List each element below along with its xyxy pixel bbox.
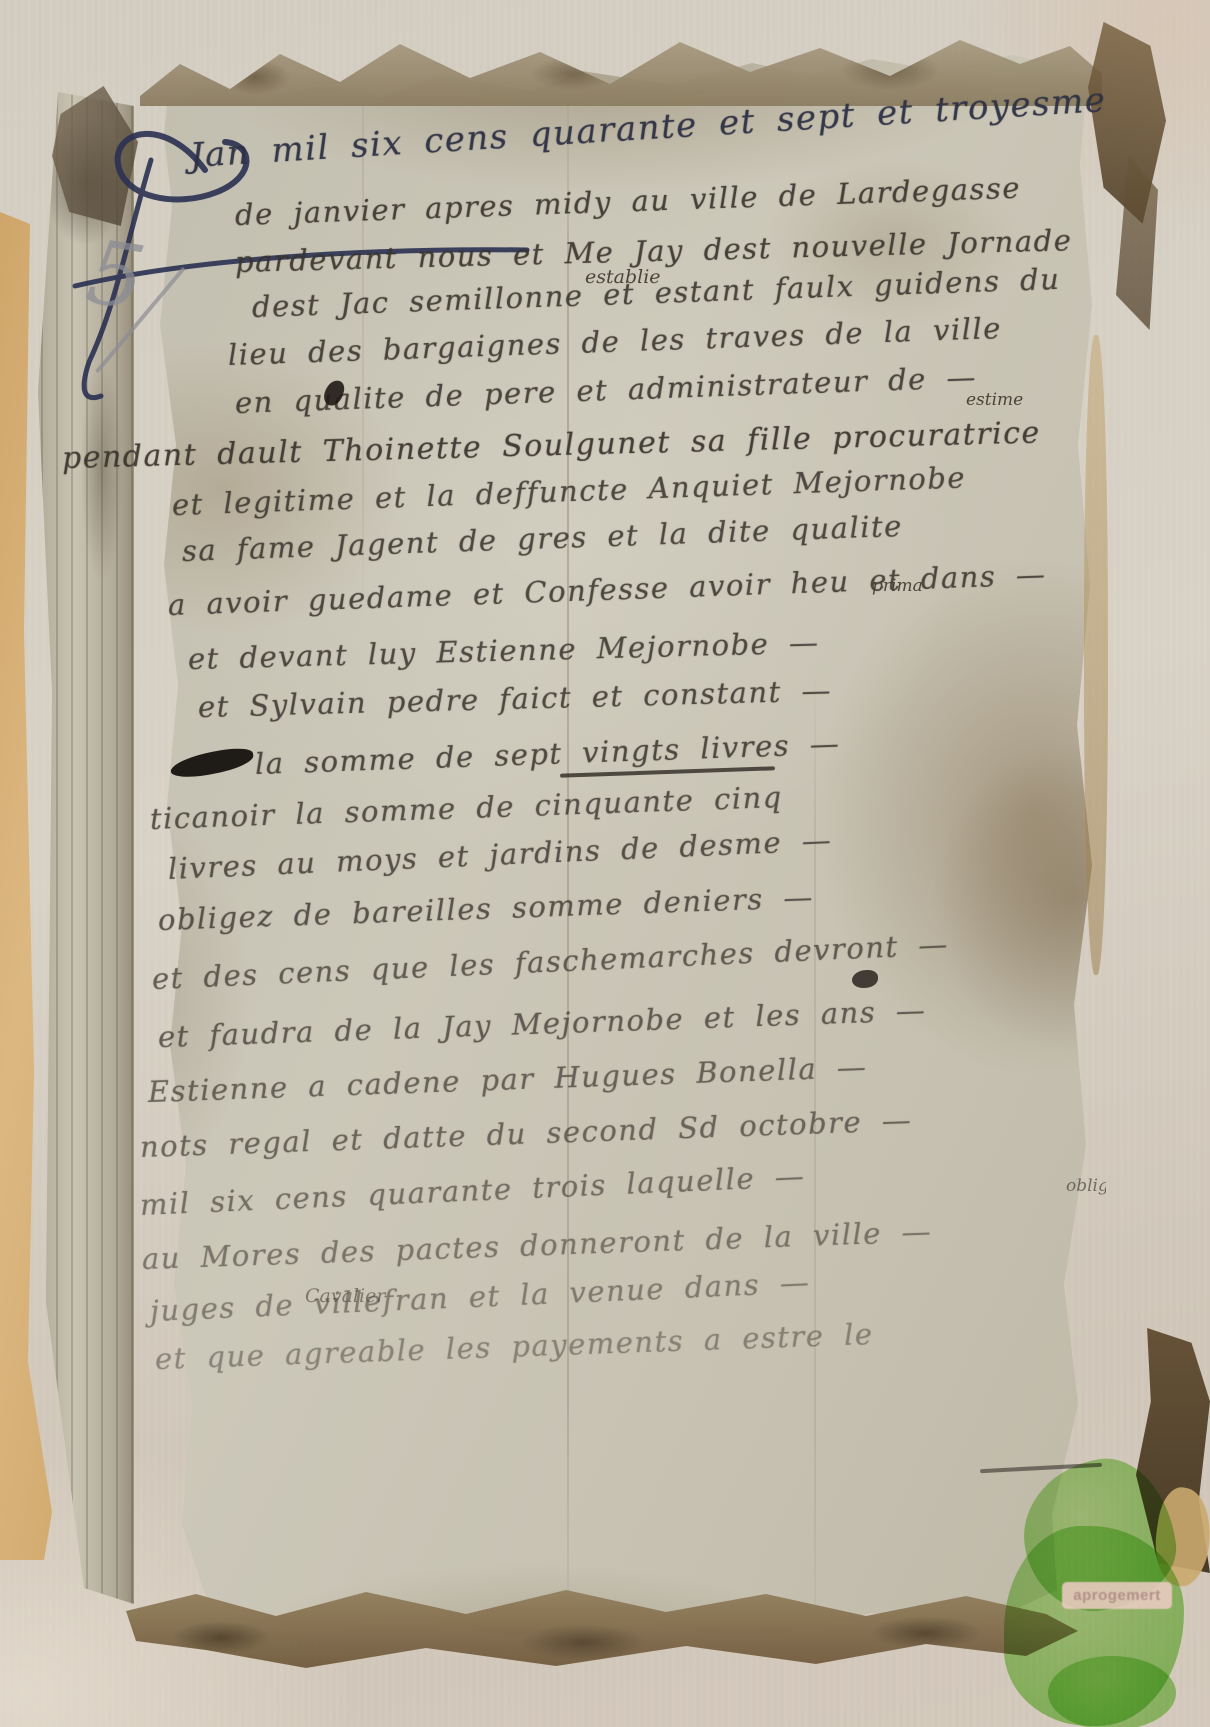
manuscript-line: obligez de bareilles somme deniers — [157,882,814,937]
pencil-folio-mark: 5 [84,232,244,402]
interlinear-word: establie [585,268,661,287]
ink-blot [852,970,878,988]
manuscript-line: et que agreable les payements a estre le [154,1319,874,1376]
manuscript-line: en qualite de pere et administrateur de … [234,362,977,420]
manuscript-line: livres au moys et jardins de desme — [167,825,833,886]
watermark-lobe [1048,1656,1176,1727]
pencil-number: 5 [81,228,150,324]
ink-blot [169,745,256,781]
manuscript-line: la somme de sept vingts livres — [254,729,840,781]
manuscript-line: sa fame Jagent de gres et la dite qualit… [181,511,903,568]
manuscript-line: au Mores des pactes donneront de la vill… [141,1216,932,1275]
green-watermark-blob: aprogemert [996,1460,1196,1727]
manuscript-photo: Jan mil six cens quarante et sept et tro… [0,0,1210,1727]
watermark-label: aprogemert [1062,1582,1172,1609]
manuscript-line: mil six cens quarante trois laquelle — [139,1161,806,1222]
manuscript-line: juges de villefran et la venue dans — [149,1267,811,1328]
interlinear-word: oblige [1066,1178,1119,1195]
interlinear-word: estime [966,392,1023,409]
manuscript-line: et Sylvain pedre faict et constant — [198,675,833,723]
manuscript-line: de janvier apres midy au ville de Lardeg… [234,173,1021,232]
manuscript-line: nots regal et datte du second Sd octobre… [139,1105,912,1164]
manuscript-line: et faudra de la Jay Mejornobe et les ans… [157,995,926,1054]
manuscript-line: et des cens que les faschemarches devron… [151,929,949,996]
manuscript-line: Jan mil six cens quarante et sept et tro… [189,82,1108,175]
manuscript-line: ticanoir la somme de cinquante cinq [149,782,783,836]
interlinear-word: prima [872,578,923,595]
interlinear-word: Cavalier [305,1287,385,1306]
manuscript-line: et devant luy Estienne Mejornobe — [188,627,820,675]
manuscript-line: Estienne a cadene par Hugues Bonella — [147,1052,867,1109]
